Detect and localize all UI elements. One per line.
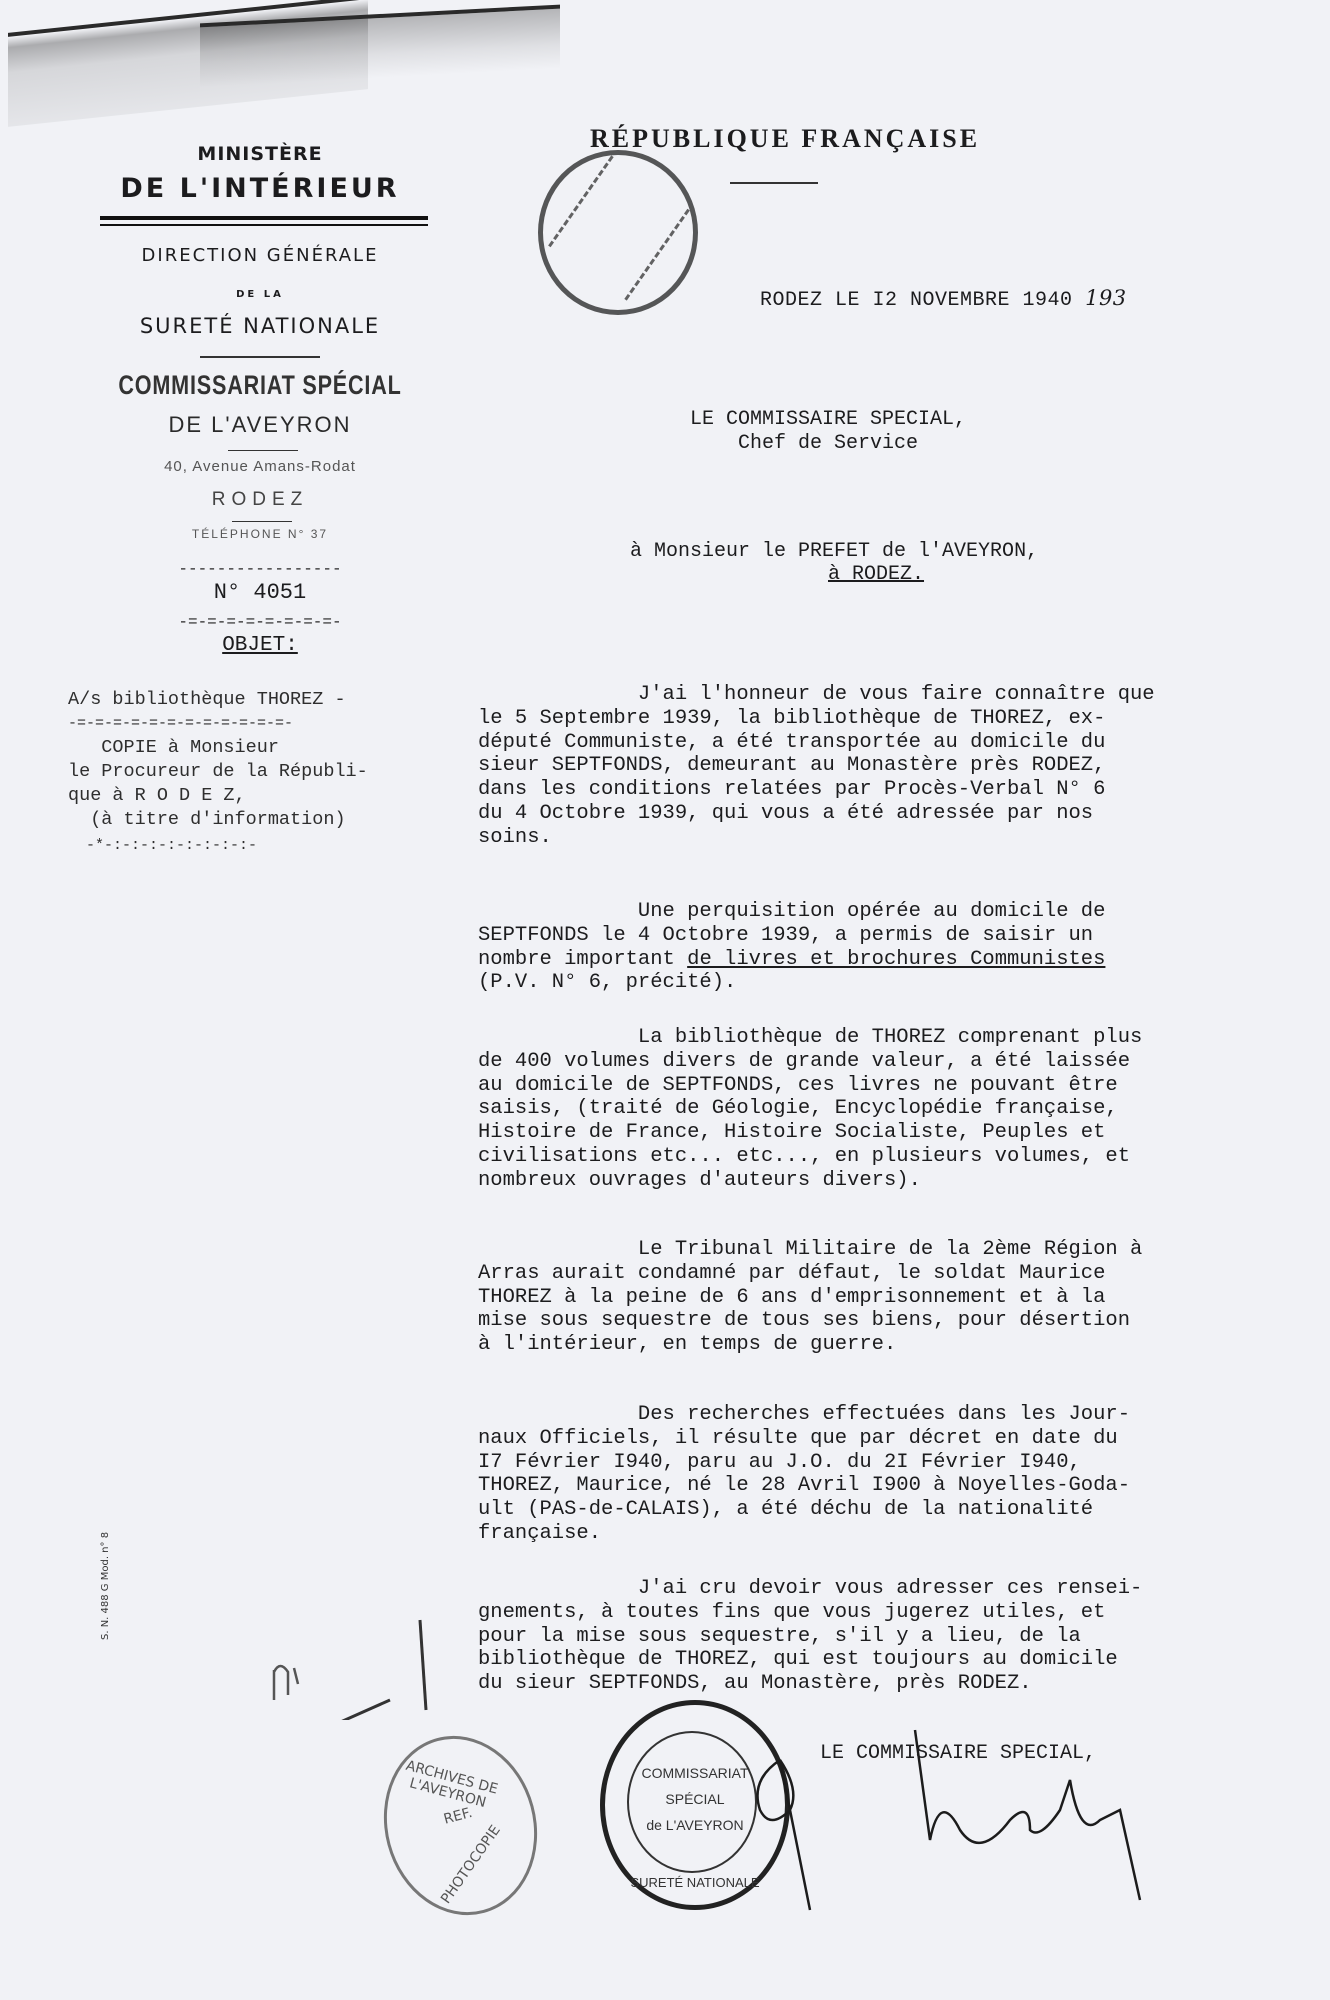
letterhead-telephone: TÉLÉPHONE N° 37 — [80, 527, 440, 541]
body-line: J'ai cru devoir vous adresser ces rensei… — [478, 1577, 1318, 1601]
recipient-line: à Monsieur le PREFET de l'AVEYRON, — [630, 540, 1038, 563]
body-line: à l'intérieur, en temps de guerre. — [478, 1333, 1318, 1357]
signature — [740, 1720, 1220, 1950]
dash-line: -=-=-=-=-=-=-=-=-=-=-=-=- — [68, 712, 293, 736]
body-line: mise sous sequestre de tous ses biens, p… — [478, 1309, 1318, 1333]
body-line: gnements, à toutes fins que vous jugerez… — [478, 1601, 1318, 1625]
body-line: J'ai l'honneur de vous faire connaître q… — [478, 683, 1318, 707]
body-line: dans les conditions relatées par Procès-… — [478, 778, 1318, 802]
letterhead-direction: DIRECTION GÉNÉRALE — [80, 245, 440, 266]
body-line: I7 Février I940, paru au J.O. du 2I Févr… — [478, 1451, 1318, 1475]
body-line: le 5 Septembre 1939, la bibliothèque de … — [478, 707, 1318, 731]
body-line: naux Officiels, il résulte que par décre… — [478, 1427, 1318, 1451]
body-line: La bibliothèque de THOREZ comprenant plu… — [478, 1026, 1318, 1050]
recipient-city: à RODEZ. — [828, 563, 924, 586]
dash-line: -*-:-:-:-:-:-:-:-:- — [68, 834, 257, 858]
sender-title: LE COMMISSAIRE SPECIAL, — [690, 408, 966, 432]
ornament-divider — [730, 182, 818, 184]
body-line: soins. — [478, 826, 1318, 850]
body-line: THOREZ à la peine de 6 ans d'emprisonnem… — [478, 1286, 1318, 1310]
letterhead-aveyron: DE L'AVEYRON — [80, 412, 440, 438]
body-line: ult (PAS-de-CALAIS), a été déchu de la n… — [478, 1498, 1318, 1522]
date-handwritten: 193 — [1085, 286, 1127, 310]
objet-label: OBJET: — [80, 634, 440, 657]
date-typed: RODEZ LE I2 NOVEMBRE 1940 — [760, 289, 1073, 312]
letterhead-interieur: DE L'INTÉRIEUR — [80, 173, 440, 204]
body-line: Une perquisition opérée au domicile de — [478, 900, 1318, 924]
letterhead-city: RODEZ — [80, 489, 440, 511]
handwritten-annotation — [270, 1600, 450, 1720]
body-line: Le Tribunal Militaire de la 2ème Région … — [478, 1238, 1318, 1262]
body-line: pour la mise sous sequestre, s'il y a li… — [478, 1625, 1318, 1649]
body-line: Arras aurait condamné par défaut, le sol… — [478, 1262, 1318, 1286]
body-line: Des recherches effectuées dans les Jour- — [478, 1403, 1318, 1427]
body-line: Histoire de France, Histoire Socialiste,… — [478, 1121, 1318, 1145]
body-line: nombre important de livres et brochures … — [478, 948, 1318, 972]
body-line: du 4 Octobre 1939, qui vous a été adress… — [478, 802, 1318, 826]
copie-line: le Procureur de la Républi- — [68, 760, 368, 784]
postmark-date-band — [548, 155, 690, 300]
republique-francaise-heading: RÉPUBLIQUE FRANÇAISE — [590, 124, 980, 154]
letterhead-commissariat: COMMISSARIAT SPÉCIAL — [116, 370, 404, 401]
postmark-stamp — [538, 150, 698, 315]
copie-line: COPIE à Monsieur — [68, 736, 279, 760]
body-line: sieur SEPTFONDS, demeurant au Monastère … — [478, 754, 1318, 778]
letterhead-address: 40, Avenue Amans-Rodat — [80, 458, 440, 475]
dash-line: ----------------- — [80, 560, 440, 578]
dash-line: -=-=-=-=-=-=-=-=- — [80, 613, 440, 631]
letterhead-ministere: MINISTÈRE — [80, 143, 440, 165]
body-line: du sieur SEPTFONDS, au Monastère, près R… — [478, 1672, 1318, 1696]
date-line: RODEZ LE I2 NOVEMBRE 1940 193 — [760, 286, 1127, 312]
letterhead-surete: SURETÉ NATIONALE — [80, 314, 440, 338]
sender-subtitle: Chef de Service — [690, 432, 918, 456]
body-line: SEPTFONDS le 4 Octobre 1939, a permis de… — [478, 924, 1318, 948]
body-line: civilisations etc... etc..., en plusieur… — [478, 1145, 1318, 1169]
ornament-divider — [200, 356, 320, 358]
ornament-divider — [228, 450, 298, 451]
copie-line: que à R O D E Z, — [68, 784, 246, 808]
body-line: au domicile de SEPTFONDS, ces livres ne … — [478, 1074, 1318, 1098]
body-line: nombreux ouvrages d'auteurs divers). — [478, 1169, 1318, 1193]
copie-line: (à titre d'information) — [68, 808, 346, 832]
body-line: THOREZ, Maurice, né le 28 Avril I900 à N… — [478, 1474, 1318, 1498]
body-line: de 400 volumes divers de grande valeur, … — [478, 1050, 1318, 1074]
body-line: député Communiste, a été transportée au … — [478, 731, 1318, 755]
body-line: (P.V. N° 6, précité). — [478, 971, 1318, 995]
objet-text: A/s bibliothèque THOREZ - — [68, 688, 346, 712]
body-line: française. — [478, 1522, 1318, 1546]
body-line: saisis, (traité de Géologie, Encyclopédi… — [478, 1097, 1318, 1121]
reference-number: N° 4051 — [80, 580, 440, 605]
archives-stamp: ARCHIVES DE L'AVEYRON REF. PHOTOCOPIE — [364, 1719, 557, 1933]
letterhead-de-la: DE LA — [80, 289, 440, 300]
letterhead-rule — [100, 216, 428, 226]
form-code: S. N. 488 G Mod. n° 8 — [100, 1532, 111, 1640]
body-line: bibliothèque de THOREZ, qui est toujours… — [478, 1648, 1318, 1672]
ornament-divider — [232, 521, 292, 522]
